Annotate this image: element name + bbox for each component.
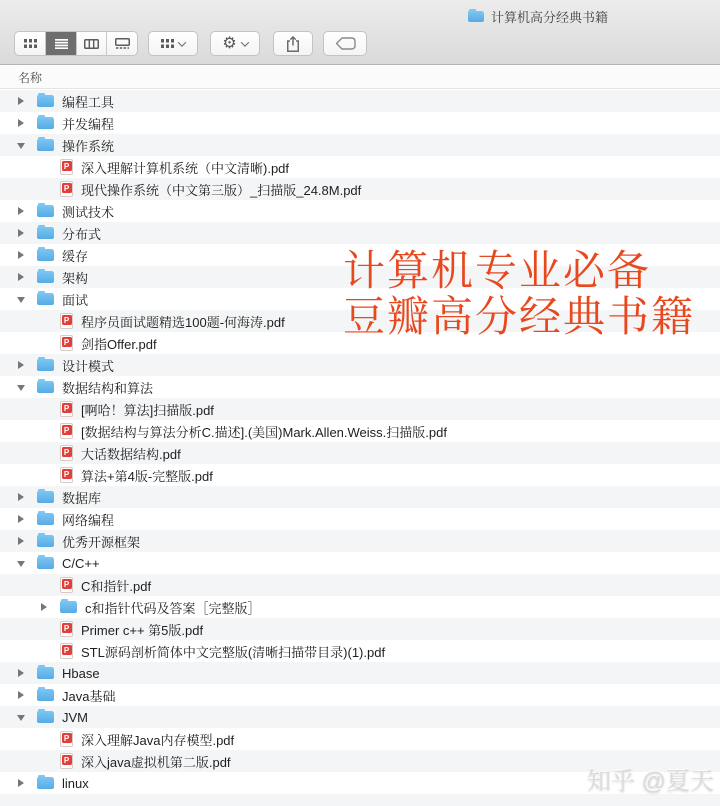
arrange-button[interactable] [148,31,198,56]
list-item[interactable]: Hbase [0,662,720,684]
list-icon [55,39,68,49]
pdf-icon [60,731,73,747]
list-item[interactable]: 深入理解计算机系统（中文清晰).pdf [0,156,720,178]
list-item[interactable]: 深入理解Java内存模型.pdf [0,728,720,750]
disclosure-triangle[interactable] [14,244,27,266]
toolbar: ⚙ [0,28,720,65]
list-item[interactable]: c和指针代码及答案［完整版］ [0,596,720,618]
disclosure-triangle[interactable] [14,90,27,112]
pdf-icon [60,335,73,351]
coverflow-icon [115,38,130,49]
action-button[interactable]: ⚙ [210,31,260,56]
list-item[interactable]: Java基础 [0,684,720,706]
pdf-icon [60,467,73,483]
folder-icon [37,205,54,217]
disclosure-triangle[interactable] [37,596,50,618]
disclosure-triangle[interactable] [14,222,27,244]
list-item[interactable]: 并发编程 [0,112,720,134]
folder-icon [37,117,54,129]
list-item[interactable]: 网络编程 [0,508,720,530]
folder-icon [37,293,54,305]
chevron-down-icon [178,38,186,46]
list-item[interactable]: [啊哈！算法]扫描版.pdf [0,398,720,420]
titlebar: 计算机高分经典书籍 [0,0,720,28]
pdf-icon [60,423,73,439]
window-title: 计算机高分经典书籍 [468,7,608,26]
grid-icon [161,39,174,48]
folder-icon [37,667,54,679]
list-item[interactable]: 数据库 [0,486,720,508]
list-item[interactable]: 现代操作系统（中文第三版）_扫描版_24.8M.pdf [0,178,720,200]
list-item[interactable]: STL源码剖析简体中文完整版(清晰扫描带目录)(1).pdf [0,640,720,662]
folder-icon [37,777,54,789]
pdf-icon [60,621,73,637]
disclosure-triangle[interactable] [14,508,27,530]
folder-icon [37,271,54,283]
list-item[interactable]: Primer c++ 第5版.pdf [0,618,720,640]
grid-icon [24,39,37,48]
pdf-icon [60,643,73,659]
list-view-button[interactable] [45,32,76,55]
list-item[interactable]: 架构 [0,266,720,288]
disclosure-triangle[interactable] [14,530,27,552]
folder-icon [37,249,54,261]
gear-icon: ⚙ [222,36,236,52]
list-item[interactable]: 深入java虚拟机第二版.pdf [0,750,720,772]
column-header-name: 名称 [0,69,42,86]
folder-icon [37,491,54,503]
disclosure-triangle[interactable] [14,486,27,508]
column-view-button[interactable] [76,32,107,55]
column-header[interactable]: 名称 [0,66,720,89]
window-title-text: 计算机高分经典书籍 [491,7,608,26]
share-button[interactable] [273,31,313,56]
share-icon [286,36,300,52]
list-item[interactable]: JVM [0,706,720,728]
list-item[interactable]: [数据结构与算法分析C.描述].(美国)Mark.Allen.Weiss.扫描版… [0,420,720,442]
disclosure-triangle[interactable] [14,376,27,398]
list-item[interactable]: linux [0,772,720,794]
coverflow-view-button[interactable] [106,32,137,55]
folder-icon [37,711,54,723]
list-item[interactable]: C/C++ [0,552,720,574]
folder-icon [37,227,54,239]
list-item[interactable]: 操作系统 [0,134,720,156]
list-item[interactable]: 分布式 [0,222,720,244]
pdf-icon [60,313,73,329]
folder-icon [37,359,54,371]
disclosure-triangle[interactable] [14,134,27,156]
icon-view-button[interactable] [15,32,45,55]
pdf-icon [60,445,73,461]
file-list: 编程工具 并发编程 操作系统 深入理解计算机系统（中文清晰).pdf 现代操作系… [0,90,720,806]
tags-button[interactable] [323,31,367,56]
list-item[interactable]: 数据结构和算法 [0,376,720,398]
folder-icon [37,381,54,393]
folder-icon [60,601,77,613]
folder-icon [37,689,54,701]
folder-icon [468,11,484,22]
list-item[interactable]: 设计模式 [0,354,720,376]
chevron-down-icon [240,38,248,46]
list-item[interactable]: 优秀开源框架 [0,530,720,552]
disclosure-triangle[interactable] [14,200,27,222]
pdf-icon [60,401,73,417]
disclosure-triangle[interactable] [14,662,27,684]
pdf-icon [60,753,73,769]
list-item[interactable]: 测试技术 [0,200,720,222]
list-item[interactable]: 大话数据结构.pdf [0,442,720,464]
disclosure-triangle[interactable] [14,684,27,706]
pdf-icon [60,181,73,197]
columns-icon [84,39,99,49]
window-chrome: 计算机高分经典书籍 [0,0,720,65]
folder-icon [37,557,54,569]
disclosure-triangle[interactable] [14,354,27,376]
disclosure-triangle[interactable] [14,772,27,794]
pdf-icon [60,159,73,175]
disclosure-triangle[interactable] [14,112,27,134]
tag-icon [335,37,356,50]
pdf-icon [60,577,73,593]
disclosure-triangle[interactable] [14,288,27,310]
list-item[interactable]: C和指针.pdf [0,574,720,596]
list-item[interactable]: 编程工具 [0,90,720,112]
list-item[interactable]: 面试 [0,288,720,310]
finder-window: 计算机高分经典书籍 [0,0,720,806]
disclosure-triangle[interactable] [14,266,27,288]
list-item[interactable]: 算法+第4版-完整版.pdf [0,464,720,486]
folder-icon [37,95,54,107]
disclosure-triangle[interactable] [14,706,27,728]
folder-icon [37,139,54,151]
view-segmented-control [14,31,138,56]
folder-icon [37,513,54,525]
disclosure-triangle[interactable] [14,552,27,574]
list-item[interactable]: 缓存 [0,244,720,266]
folder-icon [37,535,54,547]
list-item[interactable]: 剑指Offer.pdf [0,332,720,354]
list-item[interactable]: 程序员面试题精选100题-何海涛.pdf [0,310,720,332]
